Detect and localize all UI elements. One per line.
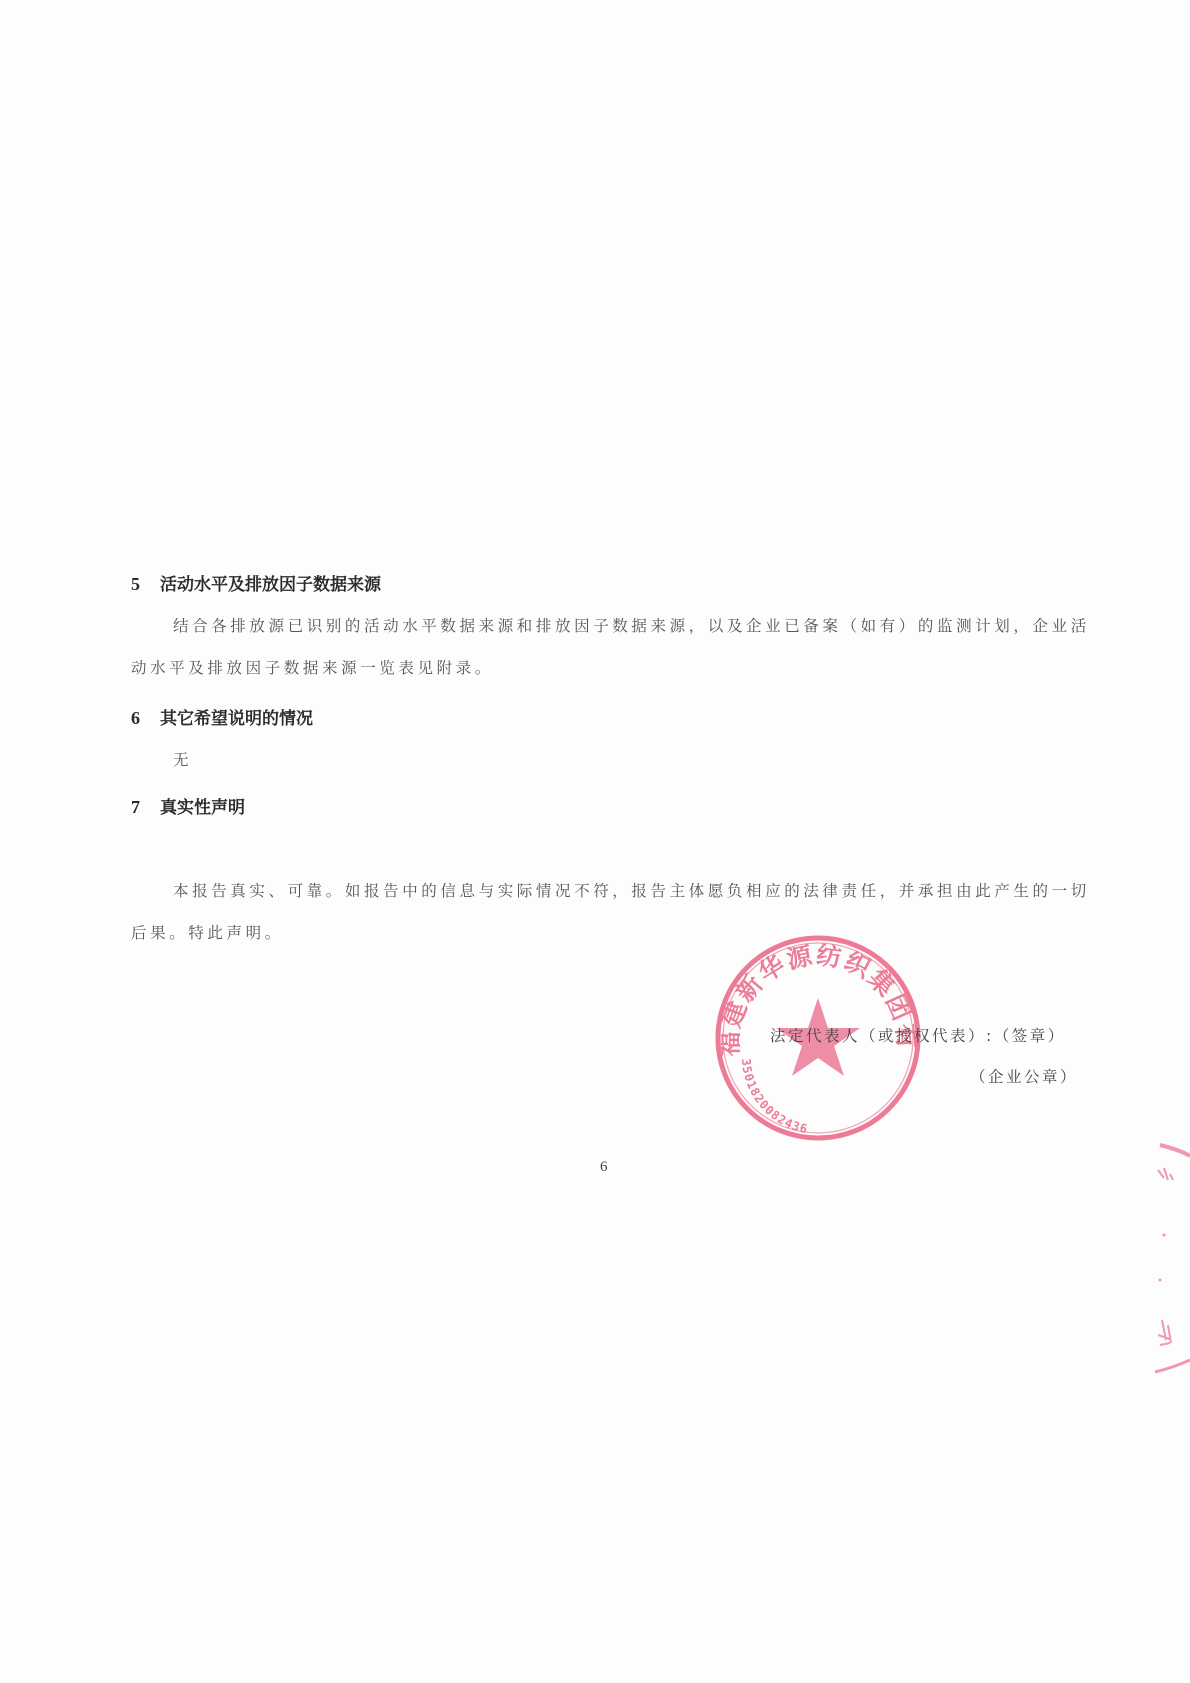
paragraph-line: 结合各排放源已识别的活动水平数据来源和排放因子数据来源，以及企业已备案（如有）的… — [173, 614, 1090, 636]
paragraph-line: 无 — [173, 748, 192, 770]
section-6-heading: 6其它希望说明的情况 — [131, 704, 313, 729]
section-number: 7 — [131, 797, 160, 818]
section-7-heading: 7真实性声明 — [131, 793, 245, 818]
paragraph-line: 本报告真实、可靠。如报告中的信息与实际情况不符，报告主体愿负相应的法律责任，并承… — [173, 879, 1090, 901]
legal-representative-signature-label: 法定代表人（或授权代表）:（签章） — [770, 1024, 1066, 1046]
section-number: 6 — [131, 708, 160, 729]
document-page: 5活动水平及排放因子数据来源 结合各排放源已识别的活动水平数据来源和排放因子数据… — [0, 0, 1190, 1683]
company-seal-label: （企业公章） — [970, 1065, 1078, 1087]
section-title: 其它希望说明的情况 — [160, 709, 313, 729]
section-5-heading: 5活动水平及排放因子数据来源 — [131, 570, 381, 595]
cross-page-seal-fragment — [1150, 1140, 1190, 1380]
section-title: 真实性声明 — [160, 798, 245, 818]
page-number: 6 — [600, 1159, 608, 1176]
paragraph-line: 动水平及排放因子数据来源一览表见附录。 — [131, 656, 494, 678]
section-number: 5 — [131, 574, 160, 595]
section-title: 活动水平及排放因子数据来源 — [160, 575, 381, 595]
paragraph-line: 后果。特此声明。 — [131, 921, 284, 943]
